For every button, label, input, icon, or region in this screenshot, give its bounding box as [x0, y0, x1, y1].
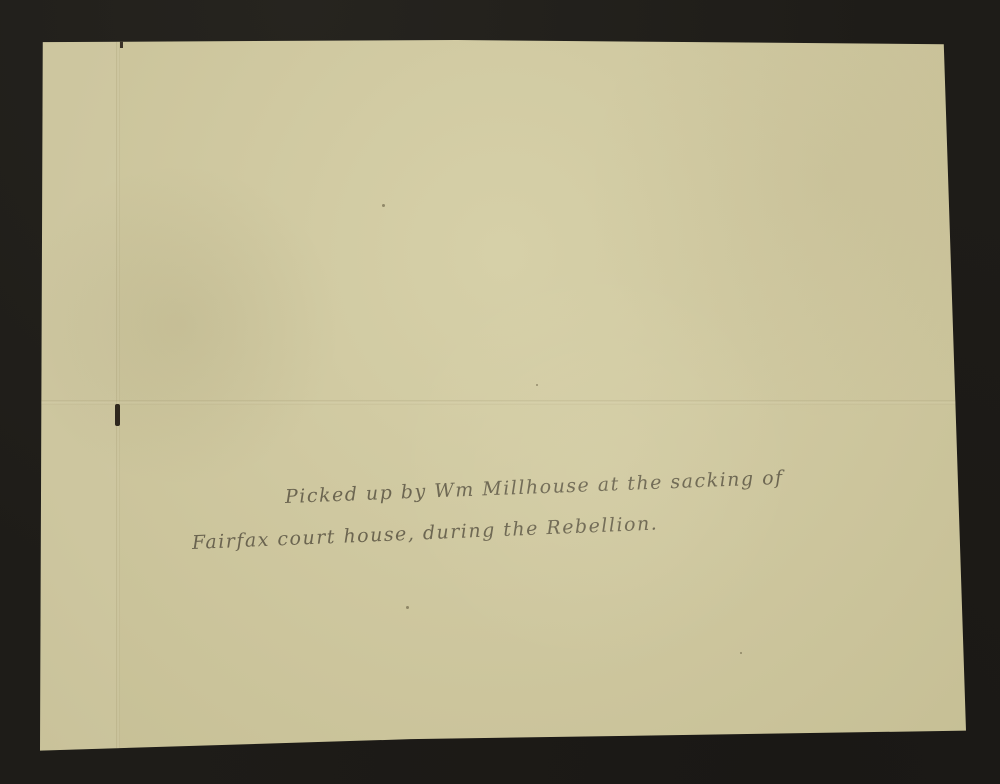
inscription-line-2: Fairfax court house, during the Rebellio…: [192, 512, 659, 554]
vertical-fold-crease: [116, 40, 120, 752]
paper-speck: [536, 384, 538, 386]
paper-speck: [382, 204, 385, 207]
fold-tear-mark: [115, 404, 120, 426]
left-margin-strip: [40, 40, 116, 752]
paper-speck: [740, 652, 742, 654]
inscription-line-1: Picked up by Wm Millhouse at the sacking…: [285, 467, 784, 508]
paper-speck: [406, 606, 409, 609]
horizontal-fold-crease: [40, 400, 966, 405]
paper-sheet: Picked up by Wm Millhouse at the sacking…: [40, 40, 966, 752]
